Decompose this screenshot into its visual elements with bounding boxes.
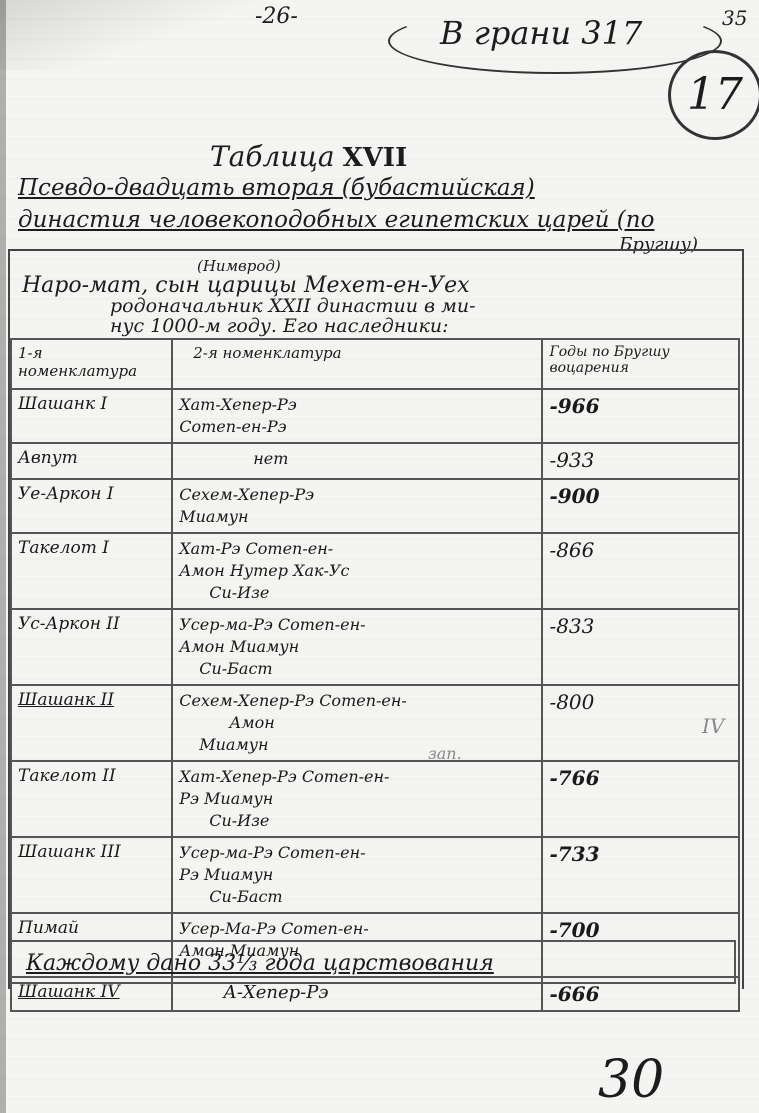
nomen-line: Хат-Хепер-Рэ — [179, 394, 535, 416]
subtitle: Псевдо-двадцать вторая (бубастийская) ди… — [18, 172, 718, 254]
binding-edge — [0, 0, 6, 1113]
margin-note: зап. — [428, 744, 462, 763]
year-value: -800 — [549, 690, 594, 714]
footer-note: Каждому дано 33⅓ года царствования — [10, 940, 736, 984]
nomen-line: Рэ Миамун — [179, 864, 535, 886]
intro-annotation: (Нимврод) — [197, 256, 281, 276]
ruler-year: -900 — [542, 479, 739, 533]
year-value: -933 — [549, 448, 594, 472]
nomen-line: Усер-Ма-Рэ Сотеп-ен- — [179, 918, 535, 940]
nomen-line: Усер-ма-Рэ Сотеп-ен- — [179, 614, 535, 636]
title-roman-numeral: XVII — [343, 143, 408, 173]
nomen-line: Амон — [179, 712, 535, 734]
year-value: -700 — [549, 918, 599, 942]
intro-text: (Нимврод) Наро-мат, сын царицы Мехет-ен-… — [22, 262, 642, 336]
ruler-name: Шашанк I — [11, 389, 172, 443]
ruler-nomen: Усер-ма-Рэ Сотеп-ен-Амон МиамунСи-Баст — [172, 609, 542, 685]
rulers-table: 1-я номенклатура 2-я номенклатура Годы п… — [10, 338, 740, 1012]
year-value: -733 — [549, 842, 599, 866]
column-header-second-nomenclature: 2-я номенклатура — [172, 339, 542, 389]
ruler-nomen: Усер-ма-Рэ Сотеп-ен-Рэ МиамунСи-Баст — [172, 837, 542, 913]
nomen-line: Си-Изе — [179, 582, 535, 604]
circled-folio-number: 17 — [668, 50, 759, 140]
nomen-line: Миамун — [179, 506, 535, 528]
subtitle-line-1: Псевдо-двадцать вторая (бубастийская) — [18, 172, 718, 204]
table-header-row: 1-я номенклатура 2-я номенклатура Годы п… — [11, 339, 739, 389]
ruler-nomen: Хат-Хепер-Рэ Сотеп-ен-Рэ МиамунСи-Изе — [172, 761, 542, 837]
nomen-line: нет — [253, 448, 535, 470]
nomen-line: Сотеп-ен-Рэ — [179, 416, 535, 438]
year-value: -833 — [549, 614, 594, 638]
nomen-line: Сехем-Хепер-Рэ — [179, 484, 535, 506]
table-row: Такелот I Хат-Рэ Сотеп-ен-Амон Нутер Хак… — [11, 533, 739, 609]
table-row: Авпут нет -933 — [11, 443, 739, 479]
ruler-nomen: нет — [172, 443, 542, 479]
footer-text: Каждому дано 33⅓ года царствования — [26, 951, 494, 976]
year-value: -866 — [549, 538, 594, 562]
nomen-line: Хат-Хепер-Рэ Сотеп-ен- — [179, 766, 535, 788]
ruler-year: -866 — [542, 533, 739, 609]
nomen-line: Си-Изе — [179, 810, 535, 832]
ruler-name: Такелот II — [11, 761, 172, 837]
nomen-line: Амон Нутер Хак-Ус — [179, 560, 535, 582]
margin-note: IV — [702, 714, 724, 738]
nomen-line: Амон Миамун — [179, 636, 535, 658]
nomen-line: Миамун — [179, 734, 535, 756]
ruler-name: Такелот I — [11, 533, 172, 609]
ruler-name: Шашанк II — [11, 685, 172, 761]
ruler-year: -766 — [542, 761, 739, 837]
table-row: Шашанк II Сехем-Хепер-Рэ Сотеп-ен-АмонМи… — [11, 685, 739, 761]
subtitle-line-2: династия человекоподобных египетских цар… — [18, 204, 718, 236]
nomen-line: Си-Баст — [179, 886, 535, 908]
ruler-nomen: Хат-Рэ Сотеп-ен-Амон Нутер Хак-УсСи-Изе — [172, 533, 542, 609]
ruler-name: Авпут — [11, 443, 172, 479]
year-value: -766 — [549, 766, 599, 790]
paper-fold-shadow — [0, 0, 260, 70]
table-row: Шашанк I Хат-Хепер-РэСотеп-ен-Рэ -966 — [11, 389, 739, 443]
ruler-year: -833 — [542, 609, 739, 685]
nomen-line: Хат-Рэ Сотеп-ен- — [179, 538, 535, 560]
ruler-year: -966 — [542, 389, 739, 443]
ruler-name: Шашанк III — [11, 837, 172, 913]
table-row: Такелот II Хат-Хепер-Рэ Сотеп-ен-Рэ Миам… — [11, 761, 739, 837]
ruler-nomen: Сехем-Хепер-Рэ Сотеп-ен-АмонМиамун — [172, 685, 542, 761]
bottom-page-number: 30 — [598, 1050, 664, 1110]
nomen-line: Рэ Миамун — [179, 788, 535, 810]
column-header-years: Годы по Бругшу воцарения — [542, 339, 739, 389]
nomen-line: Си-Баст — [179, 658, 535, 680]
title-label: Таблица — [210, 140, 335, 173]
stamp-text: В грани 317 — [440, 14, 642, 52]
intro-line-1: Наро-мат, сын царицы Мехет-ен-Уех — [22, 276, 642, 296]
year-value: -966 — [549, 394, 599, 418]
year-value: -666 — [549, 982, 599, 1006]
nomen-line: Усер-ма-Рэ Сотеп-ен- — [179, 842, 535, 864]
document-page: -26- В грани 317 35 17 ТаблицаXVII Псевд… — [0, 0, 759, 1113]
ruler-year: -933 — [542, 443, 739, 479]
year-value: -900 — [549, 484, 599, 508]
ruler-name: Ус-Аркон II — [11, 609, 172, 685]
top-page-number: -26- — [255, 4, 298, 29]
table-row: Шашанк III Усер-ма-Рэ Сотеп-ен-Рэ Миамун… — [11, 837, 739, 913]
ruler-nomen: Хат-Хепер-РэСотеп-ен-Рэ — [172, 389, 542, 443]
ruler-name: Уе-Аркон I — [11, 479, 172, 533]
nomen-line: Сехем-Хепер-Рэ Сотеп-ен- — [179, 690, 535, 712]
table-row: Уе-Аркон I Сехем-Хепер-РэМиамун -900 — [11, 479, 739, 533]
ruler-year: -733 — [542, 837, 739, 913]
intro-line-3: нус 1000-м году. Его наследники: — [22, 316, 642, 336]
intro-line-2: родоначальник XXII династии в ми- — [22, 296, 642, 316]
ruler-nomen: Сехем-Хепер-РэМиамун — [172, 479, 542, 533]
table-row: Ус-Аркон II Усер-ма-Рэ Сотеп-ен-Амон Миа… — [11, 609, 739, 685]
corner-number: 35 — [722, 6, 747, 30]
column-header-first-nomenclature: 1-я номенклатура — [11, 339, 172, 389]
table-title: ТаблицаXVII — [210, 140, 407, 173]
